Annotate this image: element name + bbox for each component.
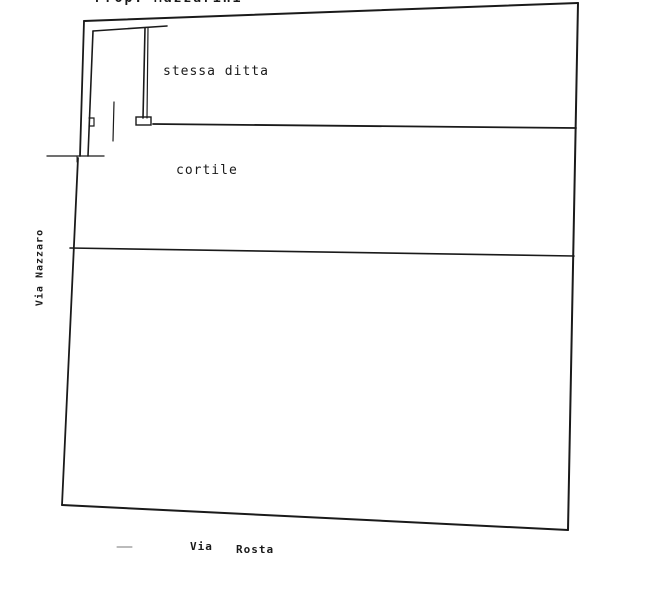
left-wall xyxy=(62,158,78,505)
entry-wall-inner xyxy=(88,31,93,156)
column-line-a xyxy=(143,28,145,118)
bottom-street-name: Rosta xyxy=(236,543,274,556)
upper-room-label: stessa ditta xyxy=(163,64,269,79)
partition-lower xyxy=(70,248,574,256)
floor-plan-drawing xyxy=(0,0,650,590)
entry-top-inner xyxy=(93,26,167,31)
right-wall xyxy=(568,3,578,530)
door-mark xyxy=(113,102,114,141)
bottom-street-prefix: Via xyxy=(190,540,213,553)
bottom-wall xyxy=(62,505,568,530)
entry-wall-outer xyxy=(80,21,84,156)
neighbor-property-label: Prop. Mazzarini xyxy=(95,0,242,6)
column-line-b xyxy=(147,28,148,118)
courtyard-label: cortile xyxy=(176,163,238,178)
left-street-label: Via Nazzaro xyxy=(35,218,46,318)
partition-upper xyxy=(153,124,576,128)
